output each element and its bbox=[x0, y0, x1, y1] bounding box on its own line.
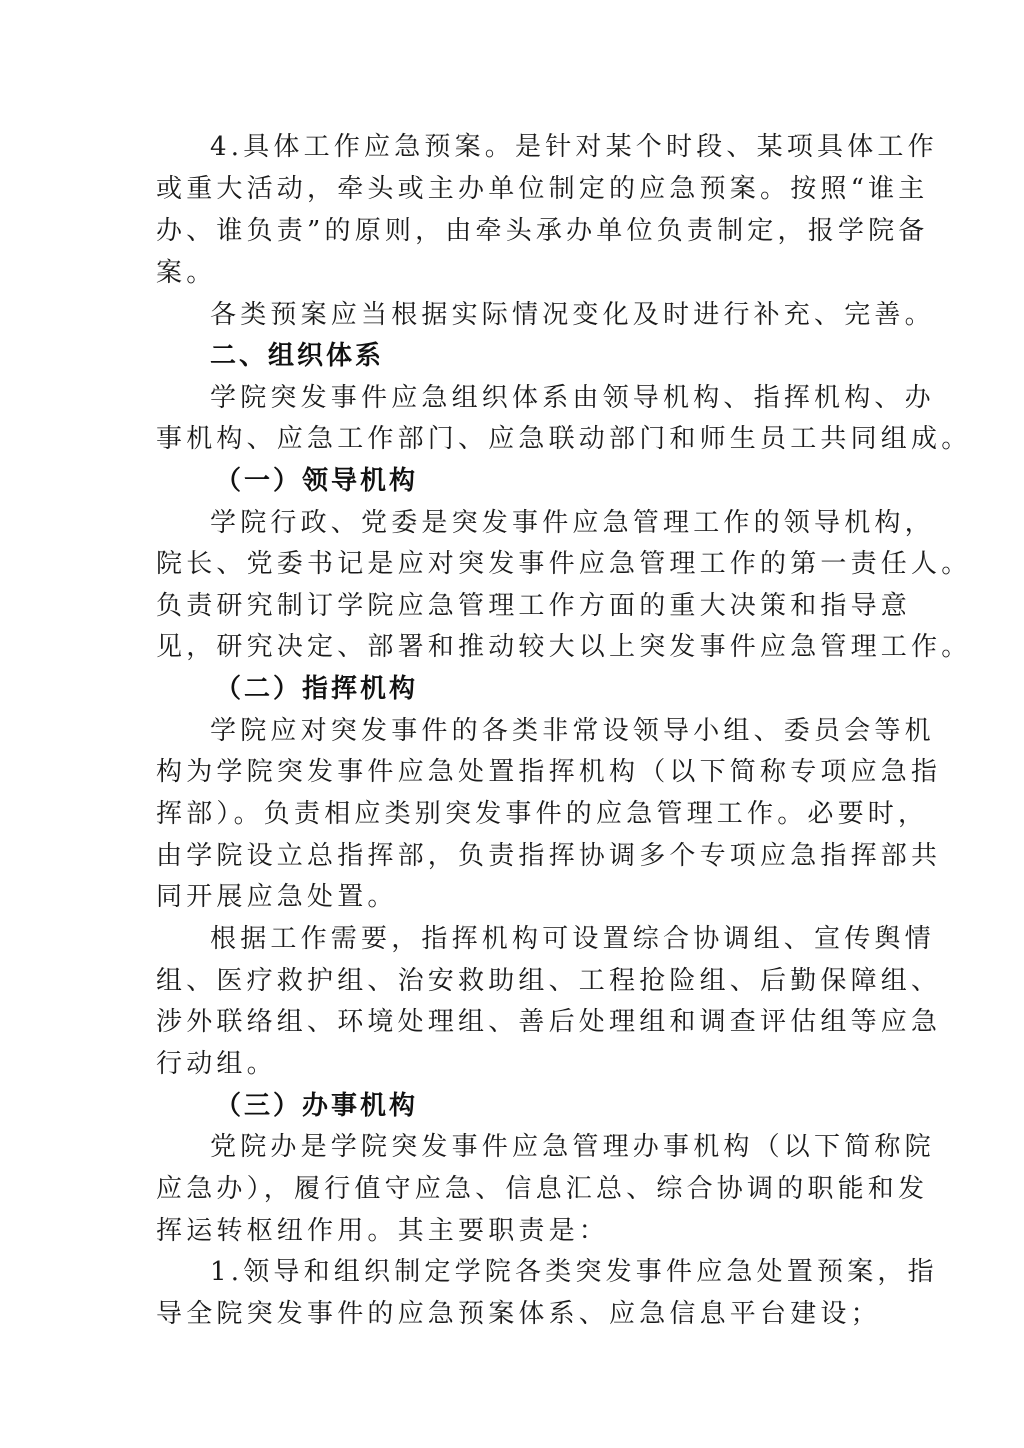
paragraph-item-4-line-2: 或重大活动，牵头或主办单位制定的应急预案。按照“谁主 bbox=[156, 174, 929, 204]
paragraph-duty-1-line-1: 1.领导和组织制定学院各类突发事件应急处置预案，指 bbox=[210, 1257, 938, 1287]
paragraph-duty-1-line-2: 导全院突发事件的应急预案体系、应急信息平台建设； bbox=[156, 1299, 881, 1329]
paragraph-item-4-line-1: 4.具体工作应急预案。是针对某个时段、某项具体工作 bbox=[210, 132, 938, 162]
paragraph-office-line-1: 党院办是学院突发事件应急管理办事机构（以下简称院 bbox=[210, 1132, 935, 1162]
paragraph-item-4-line-4: 案。 bbox=[156, 258, 216, 288]
section-heading-organization: 二、组织体系 bbox=[210, 341, 384, 371]
paragraph-item-4-line-3: 办、谁负责”的原则，由牵头承办单位负责制定，报学院备 bbox=[156, 216, 929, 246]
paragraph-groups-line-4: 行动组。 bbox=[156, 1049, 277, 1079]
paragraph-office-line-2: 应急办），履行值守应急、信息汇总、综合协调的职能和发 bbox=[156, 1174, 928, 1204]
paragraph-command-line-5: 同开展应急处置。 bbox=[156, 882, 398, 912]
subheading-leadership: （一）领导机构 bbox=[215, 466, 418, 496]
paragraph-organization-line-1: 学院突发事件应急组织体系由领导机构、指挥机构、办 bbox=[210, 383, 935, 413]
paragraph-leadership-line-2: 院长、党委书记是应对突发事件应急管理工作的第一责任人。 bbox=[156, 549, 971, 579]
paragraph-command-line-4: 由学院设立总指挥部，负责指挥协调多个专项应急指挥部共 bbox=[156, 841, 941, 871]
paragraph-leadership-line-3: 负责研究制订学院应急管理工作方面的重大决策和指导意 bbox=[156, 591, 911, 621]
paragraph-groups-line-2: 组、医疗救护组、治安救助组、工程抢险组、后勤保障组、 bbox=[156, 966, 941, 996]
paragraph-command-line-3: 挥部）。负责相应类别突发事件的应急管理工作。必要时， bbox=[156, 799, 928, 829]
paragraph-command-line-2: 构为学院突发事件应急处置指挥机构（以下简称专项应急指 bbox=[156, 757, 941, 787]
paragraph-command-line-1: 学院应对突发事件的各类非常设领导小组、委员会等机 bbox=[210, 716, 935, 746]
paragraph-organization-line-2: 事机构、应急工作部门、应急联动部门和师生员工共同组成。 bbox=[156, 424, 971, 454]
paragraph-supplement: 各类预案应当根据实际情况变化及时进行补充、完善。 bbox=[210, 300, 935, 330]
paragraph-groups-line-3: 涉外联络组、环境处理组、善后处理组和调查评估组等应急 bbox=[156, 1007, 941, 1037]
subheading-office: （三）办事机构 bbox=[215, 1091, 418, 1121]
paragraph-groups-line-1: 根据工作需要，指挥机构可设置综合协调组、宣传舆情 bbox=[210, 924, 935, 954]
paragraph-leadership-line-1: 学院行政、党委是突发事件应急管理工作的领导机构， bbox=[210, 508, 935, 538]
paragraph-leadership-line-4: 见，研究决定、部署和推动较大以上突发事件应急管理工作。 bbox=[156, 632, 971, 662]
document-page: 4.具体工作应急预案。是针对某个时段、某项具体工作 或重大活动，牵头或主办单位制… bbox=[0, 0, 1024, 1448]
paragraph-office-line-3: 挥运转枢纽作用。其主要职责是： bbox=[156, 1216, 609, 1246]
subheading-command: （二）指挥机构 bbox=[215, 674, 418, 704]
